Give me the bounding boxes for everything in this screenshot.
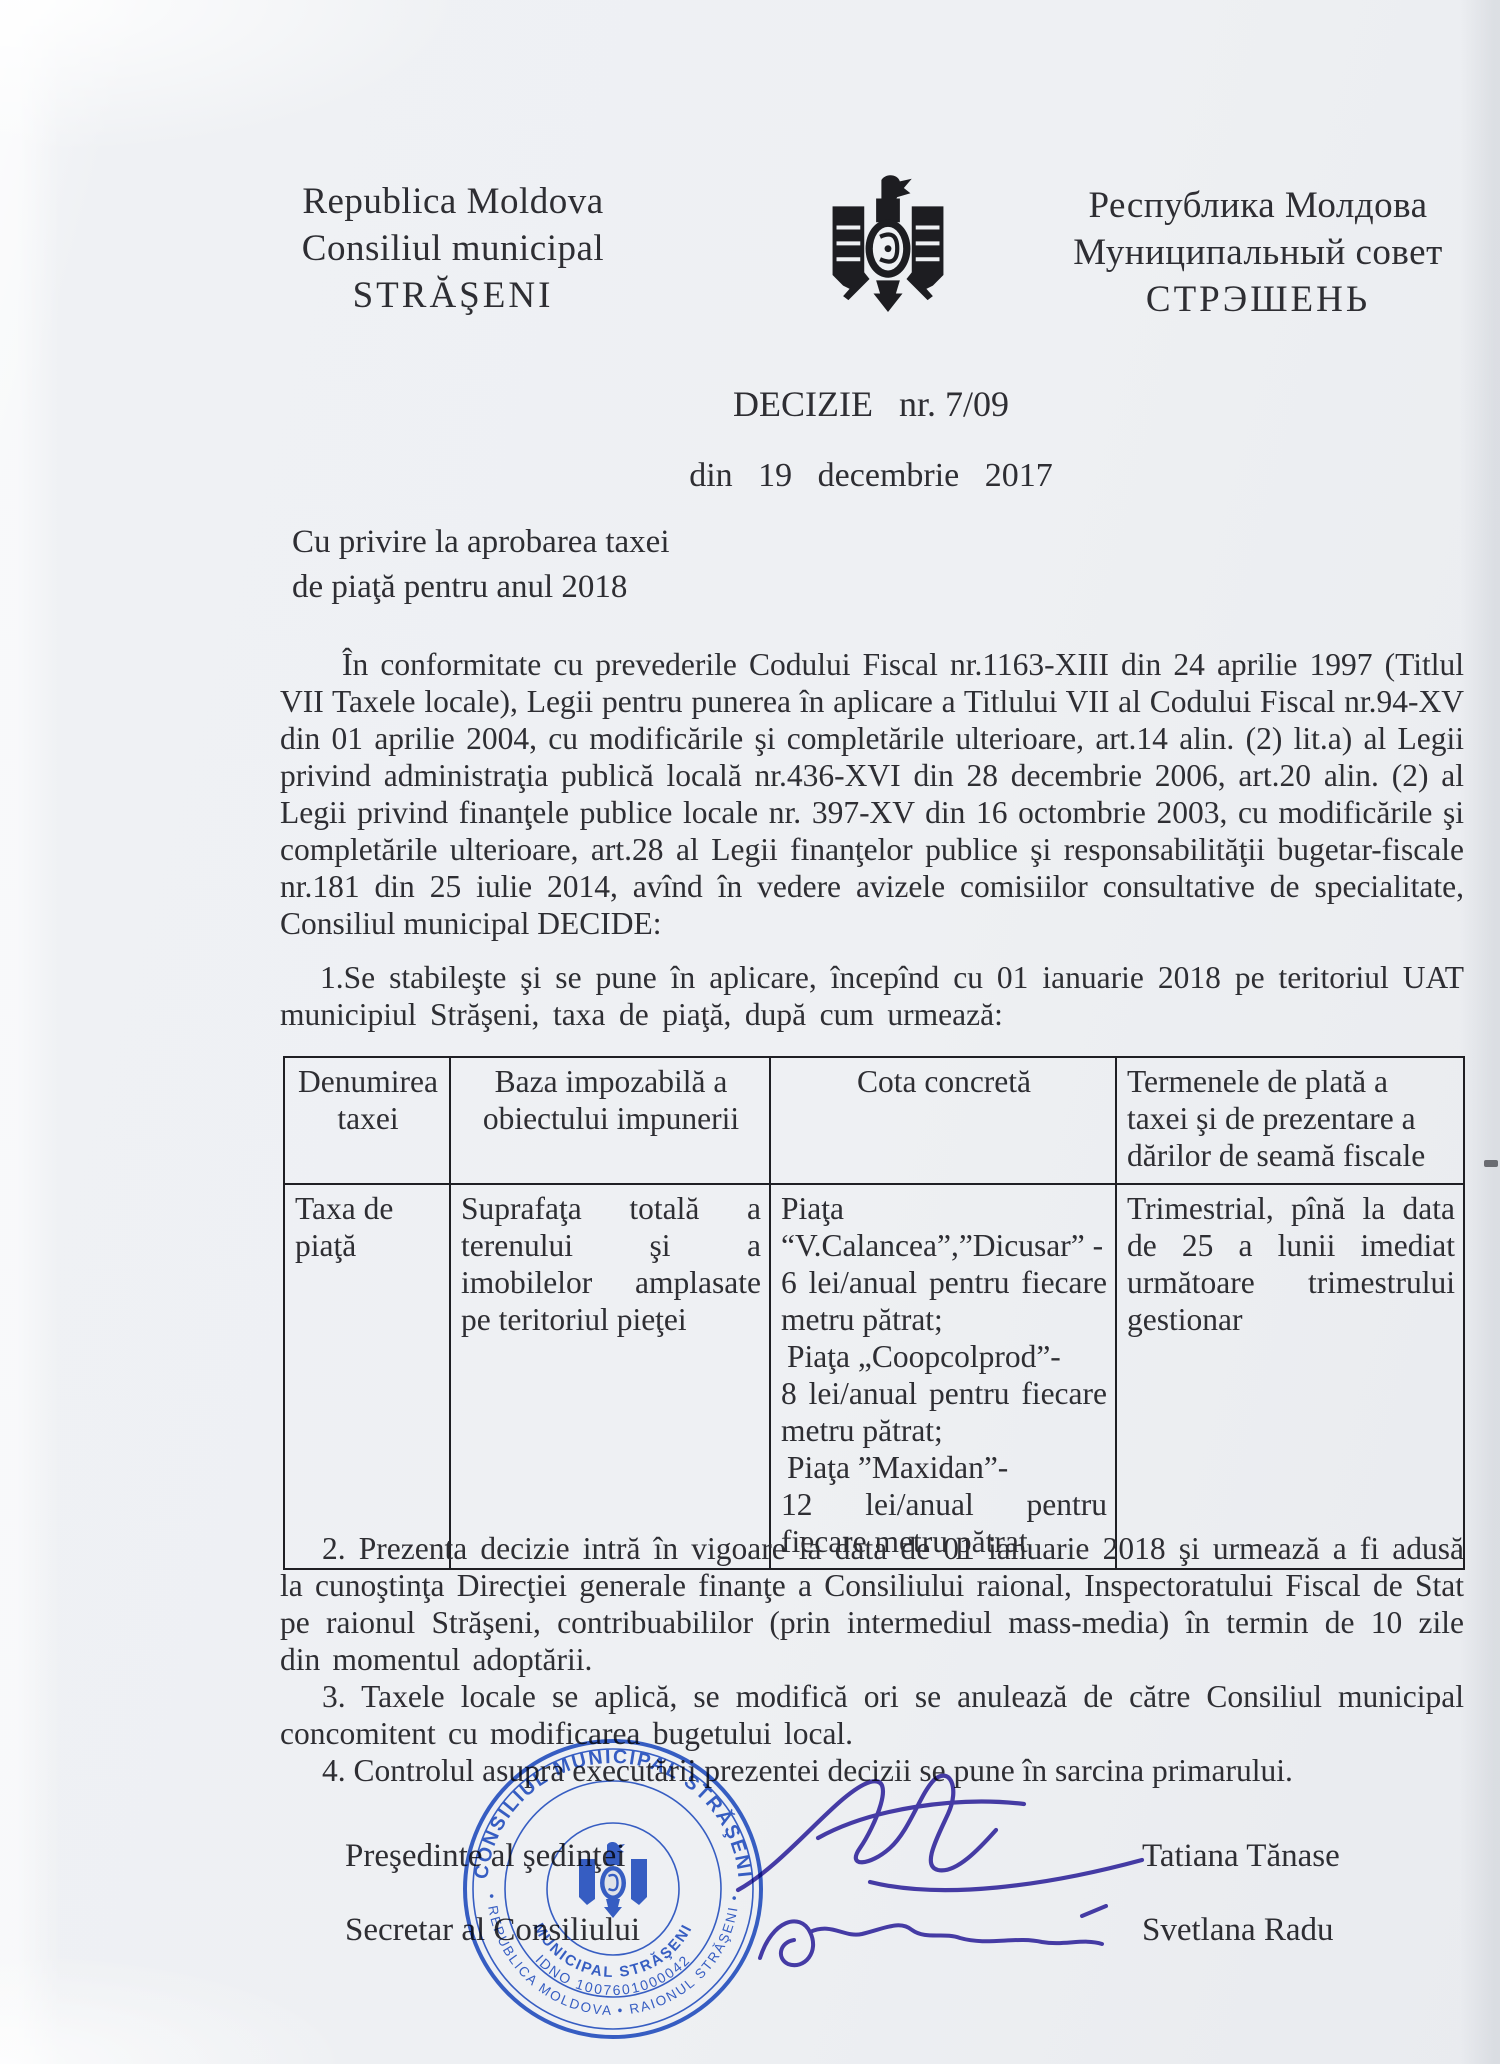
header-left-block: Republica Moldova Consiliul municipal ST… — [288, 178, 618, 319]
tax-table-header-row: Denumirea taxei Baza impozabilă a obiect… — [284, 1057, 1464, 1184]
col-header-cota: Cota concretă — [770, 1057, 1116, 1184]
point-3-paragraph: 3. Taxele locale se aplică, se modifică … — [280, 1678, 1464, 1752]
point-1-paragraph: 1.Se stabileşte şi se pune în aplicare, … — [280, 959, 1464, 1033]
header-right-line-3: СТРЭШЕНЬ — [1072, 276, 1444, 323]
decision-date: din 19 decembrie 2017 — [280, 457, 1462, 495]
subject-line-2: de piaţă pentru anul 2018 — [292, 565, 772, 610]
header-left-line-3: STRĂŞENI — [288, 272, 618, 319]
tax-table-data-row: Taxa de piaţă Suprafaţa totală a terenul… — [284, 1184, 1464, 1569]
header-right-line-2: Муниципальный совет — [1072, 229, 1444, 276]
header-left-line-1: Republica Moldova — [288, 178, 618, 225]
cota-line: 8 lei/anual pentru fiecare metru pătrat; — [781, 1375, 1107, 1449]
cota-line: 6 lei/anual pentru fiecare metru pătrat; — [781, 1264, 1107, 1338]
header-left-line-2: Consiliul municipal — [288, 225, 618, 272]
decision-title-word: DECIZIE — [733, 384, 873, 424]
cell-cota: Piaţa “V.Calancea”,”Dicusar” - 6 lei/anu… — [770, 1184, 1116, 1569]
official-round-stamp: CONSILIUL MUNICIPAL STRĂŞENI • REPUBLICA… — [460, 1736, 766, 2042]
col-header-termenele: Termenele de plată a taxei şi de prezent… — [1116, 1057, 1464, 1184]
decision-title: DECIZIEnr. 7/09 — [280, 383, 1462, 425]
subject-line-1: Cu privire la aprobarea taxei — [292, 520, 772, 565]
secretary-handwritten-signature — [746, 1892, 1176, 1992]
preamble-paragraph: În conformitate cu prevederile Codului F… — [280, 646, 1464, 942]
header-right-block: Республика Молдова Муниципальный совет С… — [1072, 182, 1444, 323]
cota-line: Piaţa ”Maxidan”- — [781, 1449, 1107, 1486]
cota-line: “V.Calancea”,”Dicusar” - — [781, 1227, 1107, 1264]
decision-subject: Cu privire la aprobarea taxei de piaţă p… — [292, 520, 772, 610]
point-2-paragraph: 2. Prezenta decizie intră în vigoare la … — [280, 1530, 1464, 1678]
cota-line: Piaţa — [781, 1190, 1107, 1227]
cell-termenele: Trimestrial, pînă la data de 25 a lunii … — [1116, 1184, 1464, 1569]
cell-denumirea: Taxa de piaţă — [284, 1184, 450, 1569]
cota-line: Piaţa „Coopcolprod”- — [781, 1338, 1107, 1375]
decision-number: nr. 7/09 — [899, 384, 1009, 424]
scan-artifact-mark — [1484, 1160, 1498, 1167]
president-name: Tatiana Tănase — [1142, 1838, 1340, 1875]
stamp-center-emblem — [579, 1842, 647, 1918]
header-right-line-1: Республика Молдова — [1072, 182, 1444, 229]
scanned-decision-document: Republica Moldova Consiliul municipal ST… — [0, 0, 1500, 2064]
tax-table: Denumirea taxei Baza impozabilă a obiect… — [283, 1056, 1465, 1570]
cell-baza: Suprafaţa totală a terenului şi a imobil… — [450, 1184, 770, 1569]
col-header-denumirea: Denumirea taxei — [284, 1057, 450, 1184]
moldova-coat-of-arms-icon — [822, 172, 954, 324]
col-header-baza: Baza impozabilă a obiectului impunerii — [450, 1057, 770, 1184]
